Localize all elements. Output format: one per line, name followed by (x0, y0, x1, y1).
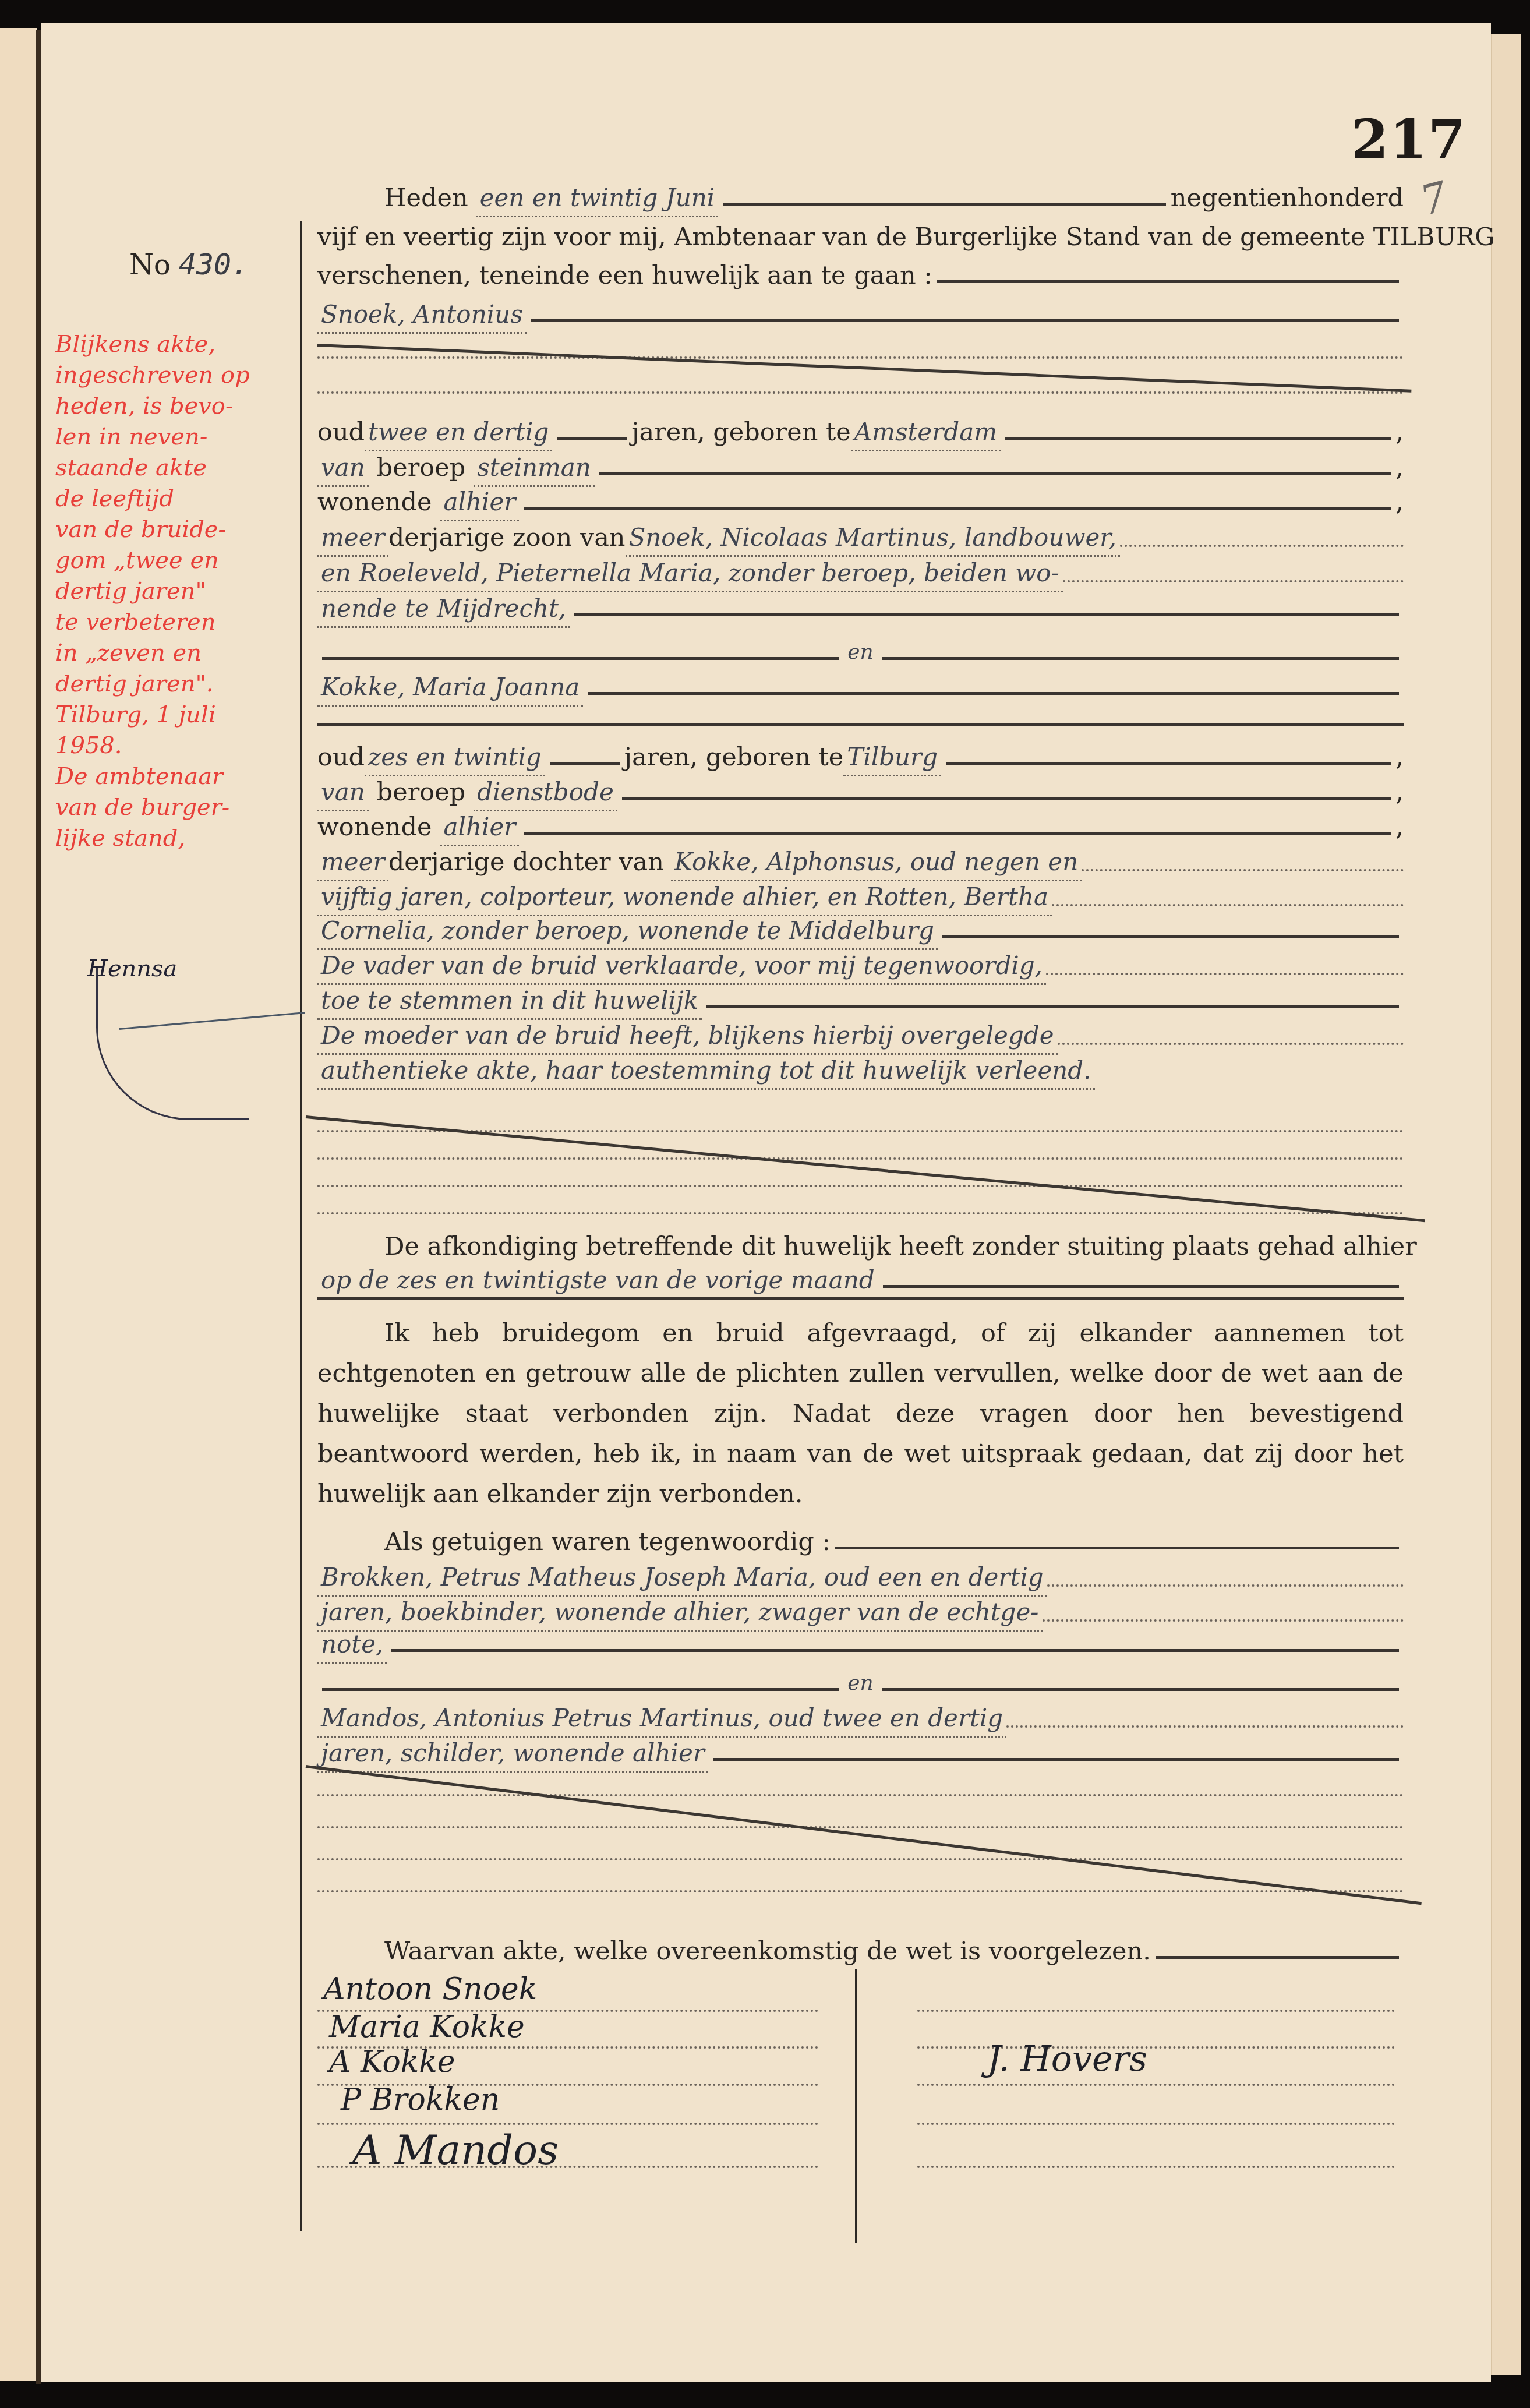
margin-signature: Hennsa (87, 955, 177, 982)
fill-line (706, 1005, 1399, 1008)
groom-parents-row-2: en Roeleveld, Pieternella Maria, zonder … (317, 556, 1404, 591)
bride-residence-row: wonende alhier , (317, 810, 1404, 845)
dotted-line (1006, 1725, 1404, 1728)
and-separator: en (317, 635, 1404, 670)
dotted-line (317, 1157, 1404, 1160)
dotted-line (1058, 1043, 1404, 1045)
signature-line (917, 2123, 1395, 2125)
dotted-line (1043, 1619, 1404, 1622)
groom-name: Snoek, Antonius (317, 297, 527, 334)
acte-number: No430. (129, 248, 249, 281)
bride-parents-row-2: vijftig jaren, colporteur, wonende alhie… (317, 880, 1404, 915)
margin-rule (300, 221, 302, 2231)
dotted-line (317, 356, 1404, 359)
fill-line (882, 657, 1399, 660)
dotted-line (1063, 580, 1404, 582)
fill-line (622, 797, 1391, 800)
child-label: derjarige zoon van (388, 520, 626, 555)
header-text-3: verschenen, teneinde een huwelijk aan te… (317, 258, 932, 293)
dotted-line (317, 1794, 1404, 1796)
header-line-2: vijf en veertig zijn voor mij, Ambtenaar… (317, 220, 1404, 255)
bride-name: Kokke, Maria Joanna (317, 670, 583, 707)
consent-row-2: toe te stemmen in dit huwelijk (317, 983, 1404, 1018)
witness2-name: Mandos, Antonius Petrus Martinus, oud tw… (317, 1701, 1006, 1738)
father-consent-cont: toe te stemmen in dit huwelijk (317, 983, 702, 1020)
mother-consent-cont: authentieke akte, haar toestemming tot d… (317, 1053, 1095, 1090)
note-line: heden, is bevo- (55, 391, 300, 422)
bride-residence: alhier (440, 810, 520, 846)
fill-line (524, 832, 1391, 835)
groom-parents-row-1: meer derjarige zoon van Snoek, Nicolaas … (317, 520, 1404, 555)
note-line: dertig jaren". (55, 669, 300, 700)
bride-signature: Maria Kokke (329, 2010, 525, 2045)
signature-line (917, 2084, 1395, 2086)
witness1-relation: note, (317, 1627, 387, 1664)
witnesses-label-row: Als getuigen waren tegenwoordig : (317, 1524, 1404, 1559)
book-binding (36, 30, 41, 2384)
proclamation-hand-row: op de zes en twintigste van de vorige ma… (317, 1263, 1404, 1298)
header-line-3: verschenen, teneinde een huwelijk aan te… (317, 258, 1404, 293)
father-consent: De vader van de bruid verklaarde, voor m… (317, 948, 1046, 985)
occupation-prefix: van (317, 775, 369, 811)
fill-line (531, 319, 1399, 322)
note-line: 1958. (55, 730, 300, 761)
bride-mother: vijftig jaren, colporteur, wonende alhie… (317, 880, 1052, 916)
signature-line (317, 2123, 818, 2125)
note-line: len in neven- (55, 422, 300, 453)
witness2-row-2: jaren, schilder, wonende alhier (317, 1736, 1404, 1771)
groom-occupation-row: van beroep steinman , (317, 450, 1404, 485)
witness2-signature: A Mandos (352, 2126, 559, 2174)
proclamation-row: De afkondiging betreffende dit huwelijk … (317, 1229, 1404, 1264)
groom-residence-row: wonende alhier , (317, 485, 1404, 520)
closing-text: Waarvan akte, welke overeenkomstig de we… (317, 1934, 1151, 1969)
consent-row-4: authentieke akte, haar toestemming tot d… (317, 1053, 1404, 1088)
groom-signature: Antoon Snoek (323, 1972, 537, 2007)
closing-row: Waarvan akte, welke overeenkomstig de we… (317, 1934, 1404, 1969)
fill-line (599, 472, 1391, 475)
born-label: jaren, geboren te (631, 415, 850, 450)
right-page-edge (1491, 34, 1521, 2375)
fill-line (942, 935, 1399, 938)
dotted-line (317, 1890, 1404, 1892)
header-line-1: Heden een en twintig Juni negentienhonde… (317, 181, 1404, 216)
year-label: negentienhonderd (1171, 181, 1404, 216)
fill-line (574, 613, 1399, 616)
father-signature: A Kokke (329, 2045, 455, 2079)
dotted-line (1046, 973, 1404, 975)
consent-row-3: De moeder van de bruid heeft, blijkens h… (317, 1018, 1404, 1053)
majority-prefix: meer (317, 520, 388, 557)
acte-label: No (129, 249, 171, 281)
fill-line (723, 203, 1165, 206)
note-line: de leeftijd (55, 483, 300, 514)
bride-parents-row-1: meer derjarige dochter van Kokke, Alphon… (317, 845, 1404, 880)
declaration-paragraph: Ik heb bruidegom en bruid afgevraagd, of… (317, 1314, 1404, 1514)
groom-father: Snoek, Nicolaas Martinus, landbouwer, (626, 520, 1121, 557)
signature-column-divider (855, 1969, 857, 2243)
majority-prefix: meer (317, 845, 388, 881)
fill-line (322, 657, 839, 660)
witness1-name: Brokken, Petrus Matheus Joseph Maria, ou… (317, 1560, 1047, 1597)
fill-line (1156, 1956, 1399, 1959)
witness1-row-2: jaren, boekbinder, wonende alhier, zwage… (317, 1595, 1404, 1630)
witness-and-separator: en (317, 1666, 1404, 1701)
groom-occupation: steinman (474, 450, 595, 487)
dotted-line (1052, 904, 1404, 906)
note-line: De ambtenaar (55, 761, 300, 792)
bride-father: Kokke, Alphonsus, oud negen en (671, 845, 1082, 881)
bride-age-row: oud zes en twintig jaren, geboren te Til… (317, 740, 1404, 775)
bride-name-row: Kokke, Maria Joanna (317, 670, 1404, 705)
note-line: gom „twee en (55, 545, 300, 576)
groom-name-row: Snoek, Antonius (317, 297, 1404, 332)
fill-line (1005, 437, 1391, 440)
fill-line (937, 280, 1399, 283)
dotted-line (317, 1212, 1404, 1214)
groom-residence: alhier (440, 485, 520, 521)
bride-occupation-row: van beroep dienstbode , (317, 775, 1404, 810)
left-page-edge (0, 28, 37, 2381)
fill-line (524, 507, 1391, 510)
mother-consent: De moeder van de bruid heeft, blijkens h… (317, 1018, 1058, 1055)
header-text-2: vijf en veertig zijn voor mij, Ambtenaar… (317, 220, 1495, 255)
witness1-row-1: Brokken, Petrus Matheus Joseph Maria, ou… (317, 1560, 1404, 1595)
note-line: lijke stand, (55, 823, 300, 854)
bride-age: zes en twintig (365, 740, 545, 776)
witnesses-label: Als getuigen waren tegenwoordig : (317, 1524, 831, 1559)
residence-label: wonende (317, 810, 432, 845)
note-line: in „zeven en (55, 638, 300, 669)
acte-number-value: 430. (179, 248, 249, 281)
dotted-line (317, 1185, 1404, 1187)
solid-line (317, 723, 1404, 726)
bride-mother-residence: Cornelia, zonder beroep, wonende te Midd… (317, 913, 938, 950)
note-line: staande akte (55, 453, 300, 483)
official-signature: J. Hovers (987, 2039, 1147, 2079)
groom-birthplace: Amsterdam (851, 415, 1001, 451)
solid-line (317, 1297, 1404, 1300)
witness2-details: jaren, schilder, wonende alhier (317, 1736, 708, 1773)
groom-age: twee en dertig (365, 415, 552, 451)
fill-line (550, 762, 620, 765)
proclamation-text: De afkondiging betreffende dit huwelijk … (317, 1229, 1417, 1264)
occupation-label: beroep (377, 775, 465, 810)
bride-birthplace: Tilburg (843, 740, 941, 776)
and-label: en (844, 635, 877, 670)
fill-line (882, 1688, 1399, 1691)
declaration-text: Ik heb bruidegom en bruid afgevraagd, of… (317, 1319, 1404, 1509)
groom-parents-residence: nende te Mijdrecht, (317, 591, 570, 628)
proclamation-date: op de zes en twintigste van de vorige ma… (317, 1263, 878, 1300)
heden-label: Heden (317, 181, 468, 216)
witness1-signature: P Brokken (341, 2082, 500, 2117)
bride-parents-row-3: Cornelia, zonder beroep, wonende te Midd… (317, 913, 1404, 948)
age-label: oud (317, 740, 365, 775)
dotted-line (317, 1826, 1404, 1828)
child-label: derjarige dochter van (388, 845, 664, 880)
note-line: van de bruide- (55, 514, 300, 545)
fill-line (713, 1758, 1399, 1761)
note-line: ingeschreven op (55, 360, 300, 391)
dotted-line (1047, 1584, 1404, 1587)
occupation-label: beroep (377, 450, 465, 485)
signature-line (917, 2010, 1395, 2012)
witness1-row-3: note, (317, 1627, 1404, 1662)
fill-line (322, 1688, 839, 1691)
bride-occupation: dienstbode (474, 775, 617, 811)
consent-row-1: De vader van de bruid verklaarde, voor m… (317, 948, 1404, 983)
dotted-line (317, 391, 1404, 394)
note-line: te verbeteren (55, 607, 300, 638)
dotted-line (317, 1858, 1404, 1860)
signature-line (917, 2166, 1395, 2168)
born-label: jaren, geboren te (624, 740, 843, 775)
note-line: Tilburg, 1 juli (55, 700, 300, 730)
dotted-line (1082, 869, 1404, 871)
dotted-line (1120, 545, 1404, 547)
fill-line (946, 762, 1391, 765)
folio-number: 217 (1351, 108, 1467, 171)
age-label: oud (317, 415, 365, 450)
occupation-prefix: van (317, 450, 369, 487)
fill-line (883, 1285, 1399, 1288)
note-line: Blijkens akte, (55, 329, 300, 360)
groom-age-row: oud twee en dertig jaren, geboren te Ams… (317, 415, 1404, 450)
fill-line (391, 1649, 1399, 1652)
margin-correction-note: Blijkens akte, ingeschreven op heden, is… (55, 329, 300, 854)
witness2-row-1: Mandos, Antonius Petrus Martinus, oud tw… (317, 1701, 1404, 1736)
fill-line (835, 1547, 1399, 1549)
note-line: dertig jaren" (55, 576, 300, 607)
residence-label: wonende (317, 485, 432, 520)
note-line: van de burger- (55, 792, 300, 823)
fill-line (588, 692, 1399, 695)
date-field: een en twintig Juni (476, 181, 719, 217)
groom-parents-row-3: nende te Mijdrecht, (317, 591, 1404, 626)
witness1-details: jaren, boekbinder, wonende alhier, zwage… (317, 1595, 1043, 1632)
and-label: en (844, 1666, 877, 1701)
groom-mother: en Roeleveld, Pieternella Maria, zonder … (317, 556, 1063, 592)
fill-line (557, 437, 627, 440)
